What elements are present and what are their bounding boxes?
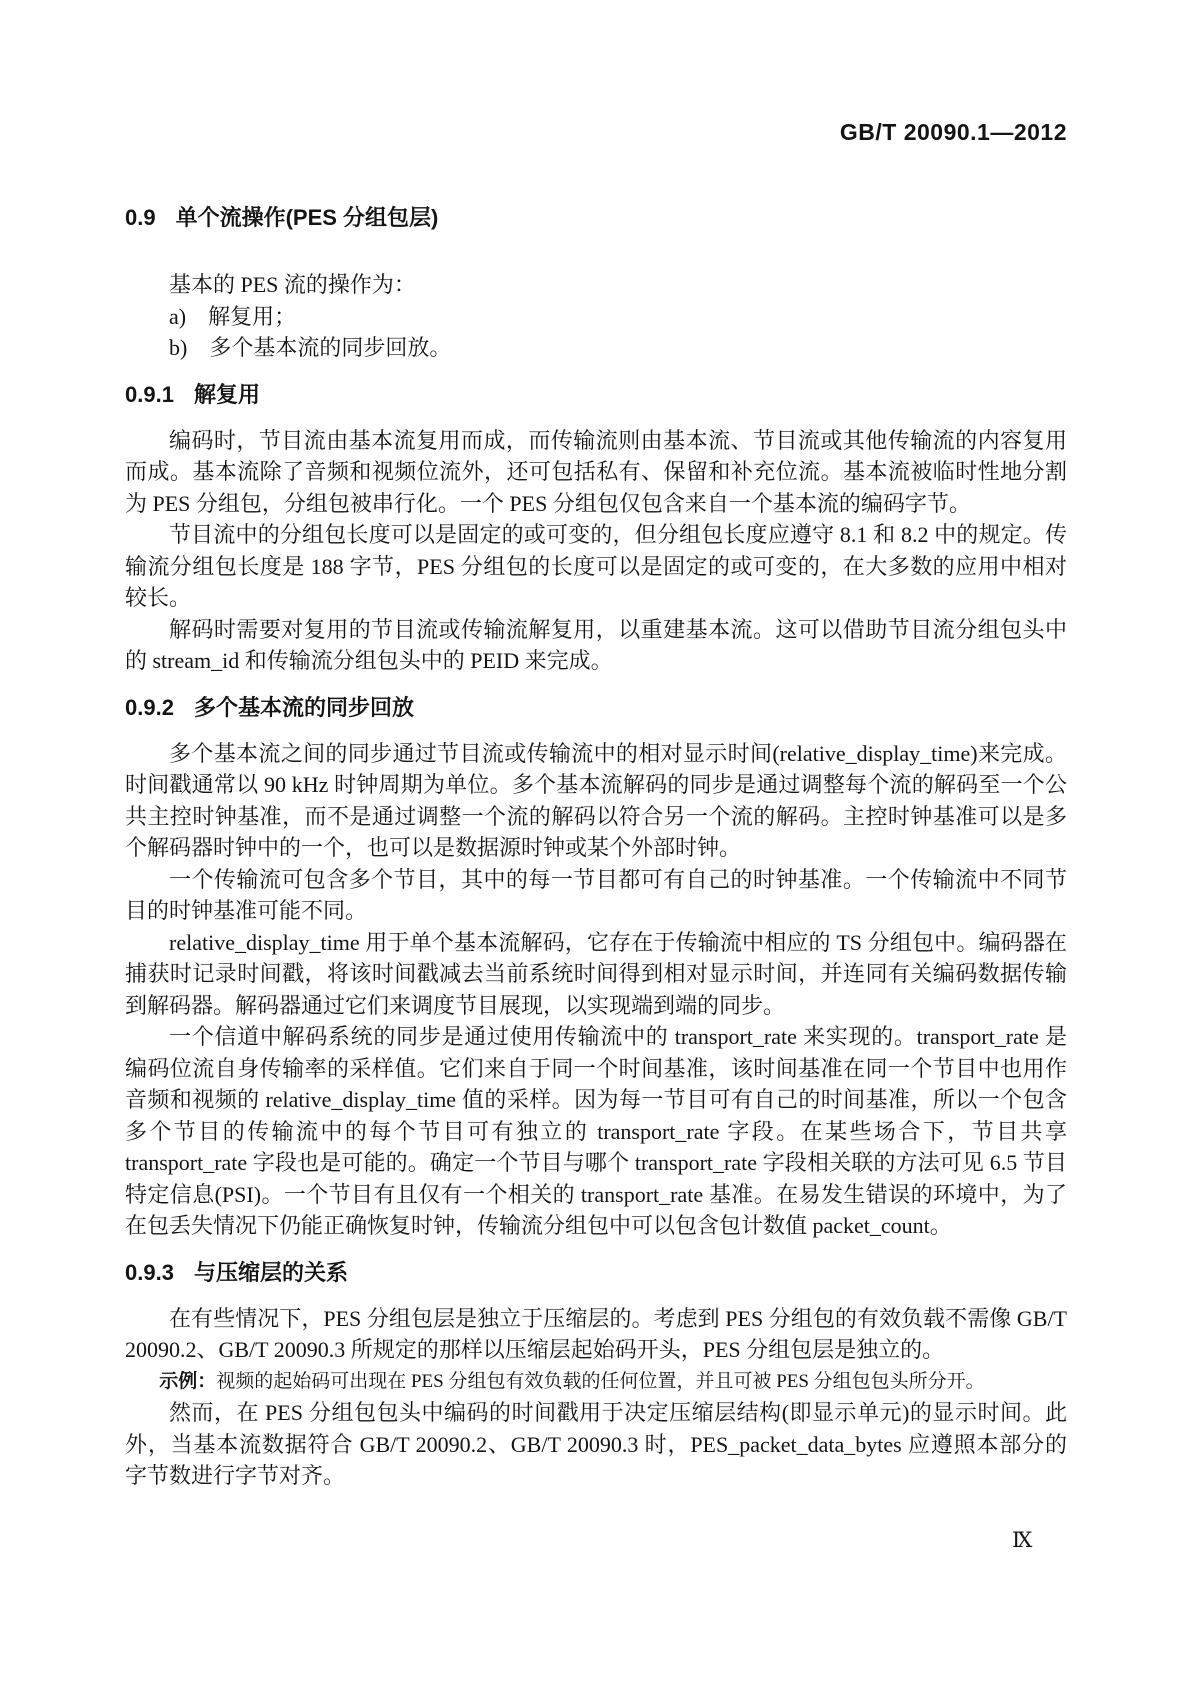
body-paragraph: 解码时需要对复用的节目流或传输流解复用，以重建基本流。这可以借助节目流分组包头中… [125,614,1067,677]
body-paragraph: 多个基本流之间的同步通过节目流或传输流中的相对显示时间(relative_dis… [125,738,1067,864]
body-paragraph: 在有些情况下，PES 分组包层是独立于压缩层的。考虑到 PES 分组包的有效负载… [125,1303,1067,1366]
example-label: 示例： [159,1371,216,1392]
example-note: 示例：视频的起始码可出现在 PES 分组包有效负载的任何位置，并且可被 PES … [125,1366,1067,1398]
page-content: GB/T 20090.1—2012 0.9单个流操作(PES 分组包层) 基本的… [125,0,1067,1492]
list-text: 多个基本流的同步回放。 [209,335,451,360]
section-heading-0-9-2: 0.9.2多个基本流的同步回放 [125,692,1067,724]
doc-code: GB/T 20090.1—2012 [840,119,1067,145]
list-text: 解复用； [208,304,296,329]
section-title: 单个流操作(PES 分组包层) [176,205,439,230]
section-number: 0.9.3 [125,1260,174,1285]
section-title: 与压缩层的关系 [194,1260,348,1285]
body-paragraph: 节目流中的分组包长度可以是固定的或可变的，但分组包长度应遵守 8.1 和 8.2… [125,519,1067,614]
section-heading-0-9-1: 0.9.1解复用 [125,379,1067,411]
section-title: 解复用 [194,382,260,407]
body-paragraph: 一个传输流可包含多个节目，其中的每一节目都可有自己的时钟基准。一个传输流中不同节… [125,864,1067,927]
intro-paragraph: 基本的 PES 流的操作为： [125,269,1067,301]
section-number: 0.9 [125,205,156,230]
running-header: GB/T 20090.1—2012 [125,118,1067,146]
list-item-a: a)解复用； [125,301,1067,333]
list-item-b: b)多个基本流的同步回放。 [125,332,1067,364]
section-heading-0-9-3: 0.9.3与压缩层的关系 [125,1257,1067,1289]
list-label: a) [169,304,186,329]
document-page: GB/T 20090.1—2012 0.9单个流操作(PES 分组包层) 基本的… [0,0,1191,1684]
page-number: Ⅸ [1012,1528,1032,1552]
section-number: 0.9.1 [125,382,174,407]
section-title: 多个基本流的同步回放 [194,695,414,720]
body-paragraph: 编码时，节目流由基本流复用而成，而传输流则由基本流、节目流或其他传输流的内容复用… [125,425,1067,520]
section-number: 0.9.2 [125,695,174,720]
body-paragraph: relative_display_time 用于单个基本流解码，它存在于传输流中… [125,927,1067,1022]
body-paragraph: 然而，在 PES 分组包包头中编码的时间戳用于决定压缩层结构(即显示单元)的显示… [125,1397,1067,1492]
example-text: 视频的起始码可出现在 PES 分组包有效负载的任何位置，并且可被 PES 分组包… [216,1371,984,1392]
section-heading-0-9: 0.9单个流操作(PES 分组包层) [125,203,1067,233]
body-paragraph: 一个信道中解码系统的同步是通过使用传输流中的 transport_rate 来实… [125,1021,1067,1242]
list-label: b) [169,335,187,360]
